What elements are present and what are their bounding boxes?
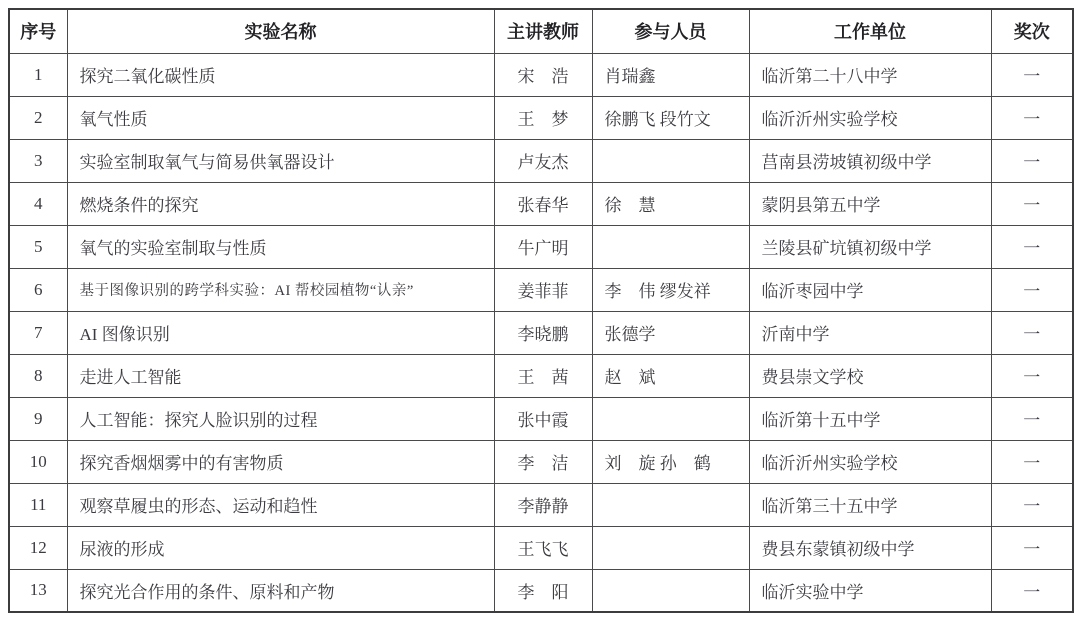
cell-name: 人工智能：探究人脸识别的过程	[67, 397, 494, 440]
cell-teacher: 张中霞	[494, 397, 592, 440]
table-row: 2 氧气性质 王 梦 徐鹏飞 段竹文 临沂沂州实验学校 一	[9, 96, 1073, 139]
cell-award: 一	[991, 526, 1073, 569]
cell-participants	[592, 569, 749, 612]
cell-award: 一	[991, 440, 1073, 483]
table-row: 8 走进人工智能 王 茜 赵 斌 费县崇文学校 一	[9, 354, 1073, 397]
cell-unit: 临沂第十五中学	[749, 397, 991, 440]
cell-unit: 临沂枣园中学	[749, 268, 991, 311]
cell-teacher: 王 茜	[494, 354, 592, 397]
header-award: 奖次	[991, 9, 1073, 53]
header-unit: 工作单位	[749, 9, 991, 53]
cell-participants: 肖瑞鑫	[592, 53, 749, 96]
cell-name: 氧气的实验室制取与性质	[67, 225, 494, 268]
table-row: 7 AI 图像识别 李晓鹏 张德学 沂南中学 一	[9, 311, 1073, 354]
cell-no: 9	[9, 397, 67, 440]
table-row: 3 实验室制取氧气与简易供氧器设计 卢友杰 莒南县涝坡镇初级中学 一	[9, 139, 1073, 182]
cell-teacher: 姜菲菲	[494, 268, 592, 311]
cell-participants: 徐鹏飞 段竹文	[592, 96, 749, 139]
cell-unit: 临沂实验中学	[749, 569, 991, 612]
table-row: 10 探究香烟烟雾中的有害物质 李 洁 刘 旋 孙 鹤 临沂沂州实验学校 一	[9, 440, 1073, 483]
cell-award: 一	[991, 268, 1073, 311]
table-row: 9 人工智能：探究人脸识别的过程 张中霞 临沂第十五中学 一	[9, 397, 1073, 440]
cell-name: 实验室制取氧气与简易供氧器设计	[67, 139, 494, 182]
cell-participants	[592, 483, 749, 526]
cell-unit: 临沂沂州实验学校	[749, 96, 991, 139]
cell-no: 3	[9, 139, 67, 182]
cell-award: 一	[991, 139, 1073, 182]
cell-no: 2	[9, 96, 67, 139]
cell-unit: 沂南中学	[749, 311, 991, 354]
cell-name: 观察草履虫的形态、运动和趋性	[67, 483, 494, 526]
cell-unit: 兰陵县矿坑镇初级中学	[749, 225, 991, 268]
cell-no: 11	[9, 483, 67, 526]
cell-unit: 蒙阴县第五中学	[749, 182, 991, 225]
table-row: 4 燃烧条件的探究 张春华 徐 慧 蒙阴县第五中学 一	[9, 182, 1073, 225]
table-row: 5 氧气的实验室制取与性质 牛广明 兰陵县矿坑镇初级中学 一	[9, 225, 1073, 268]
cell-participants: 张德学	[592, 311, 749, 354]
cell-participants: 徐 慧	[592, 182, 749, 225]
cell-participants	[592, 397, 749, 440]
cell-award: 一	[991, 397, 1073, 440]
cell-unit: 费县东蒙镇初级中学	[749, 526, 991, 569]
cell-no: 8	[9, 354, 67, 397]
cell-name: 走进人工智能	[67, 354, 494, 397]
cell-name: 基于图像识别的跨学科实验：AI 帮校园植物“认亲”	[67, 268, 494, 311]
cell-participants	[592, 139, 749, 182]
table-row: 11 观察草履虫的形态、运动和趋性 李静静 临沂第三十五中学 一	[9, 483, 1073, 526]
header-no: 序号	[9, 9, 67, 53]
cell-name: 探究光合作用的条件、原料和产物	[67, 569, 494, 612]
cell-no: 12	[9, 526, 67, 569]
table-row: 1 探究二氧化碳性质 宋 浩 肖瑞鑫 临沂第二十八中学 一	[9, 53, 1073, 96]
cell-teacher: 张春华	[494, 182, 592, 225]
cell-name: 氧气性质	[67, 96, 494, 139]
cell-participants	[592, 225, 749, 268]
cell-award: 一	[991, 311, 1073, 354]
cell-participants	[592, 526, 749, 569]
cell-name: 探究香烟烟雾中的有害物质	[67, 440, 494, 483]
table-row: 13 探究光合作用的条件、原料和产物 李 阳 临沂实验中学 一	[9, 569, 1073, 612]
cell-participants: 刘 旋 孙 鹤	[592, 440, 749, 483]
cell-name: 燃烧条件的探究	[67, 182, 494, 225]
cell-unit: 费县崇文学校	[749, 354, 991, 397]
cell-no: 5	[9, 225, 67, 268]
cell-award: 一	[991, 354, 1073, 397]
cell-participants: 赵 斌	[592, 354, 749, 397]
experiment-award-table: 序号 实验名称 主讲教师 参与人员 工作单位 奖次 1 探究二氧化碳性质 宋 浩…	[8, 8, 1074, 613]
table-body: 1 探究二氧化碳性质 宋 浩 肖瑞鑫 临沂第二十八中学 一 2 氧气性质 王 梦…	[9, 53, 1073, 612]
table-row: 6 基于图像识别的跨学科实验：AI 帮校园植物“认亲” 姜菲菲 李 伟 缪发祥 …	[9, 268, 1073, 311]
cell-teacher: 李 洁	[494, 440, 592, 483]
cell-award: 一	[991, 569, 1073, 612]
cell-no: 1	[9, 53, 67, 96]
cell-participants: 李 伟 缪发祥	[592, 268, 749, 311]
table-row: 12 尿液的形成 王飞飞 费县东蒙镇初级中学 一	[9, 526, 1073, 569]
cell-award: 一	[991, 53, 1073, 96]
cell-teacher: 卢友杰	[494, 139, 592, 182]
header-participants: 参与人员	[592, 9, 749, 53]
cell-teacher: 李静静	[494, 483, 592, 526]
cell-unit: 莒南县涝坡镇初级中学	[749, 139, 991, 182]
cell-no: 4	[9, 182, 67, 225]
cell-unit: 临沂第二十八中学	[749, 53, 991, 96]
cell-teacher: 王 梦	[494, 96, 592, 139]
cell-award: 一	[991, 182, 1073, 225]
cell-unit: 临沂第三十五中学	[749, 483, 991, 526]
cell-unit: 临沂沂州实验学校	[749, 440, 991, 483]
cell-award: 一	[991, 225, 1073, 268]
header-teacher: 主讲教师	[494, 9, 592, 53]
cell-teacher: 牛广明	[494, 225, 592, 268]
cell-teacher: 王飞飞	[494, 526, 592, 569]
cell-teacher: 李晓鹏	[494, 311, 592, 354]
cell-teacher: 李 阳	[494, 569, 592, 612]
cell-name: 探究二氧化碳性质	[67, 53, 494, 96]
cell-no: 6	[9, 268, 67, 311]
cell-no: 13	[9, 569, 67, 612]
header-name: 实验名称	[67, 9, 494, 53]
cell-teacher: 宋 浩	[494, 53, 592, 96]
cell-award: 一	[991, 96, 1073, 139]
cell-no: 10	[9, 440, 67, 483]
cell-name: 尿液的形成	[67, 526, 494, 569]
page: 序号 实验名称 主讲教师 参与人员 工作单位 奖次 1 探究二氧化碳性质 宋 浩…	[0, 0, 1080, 625]
table-header-row: 序号 实验名称 主讲教师 参与人员 工作单位 奖次	[9, 9, 1073, 53]
cell-award: 一	[991, 483, 1073, 526]
cell-no: 7	[9, 311, 67, 354]
cell-name: AI 图像识别	[67, 311, 494, 354]
